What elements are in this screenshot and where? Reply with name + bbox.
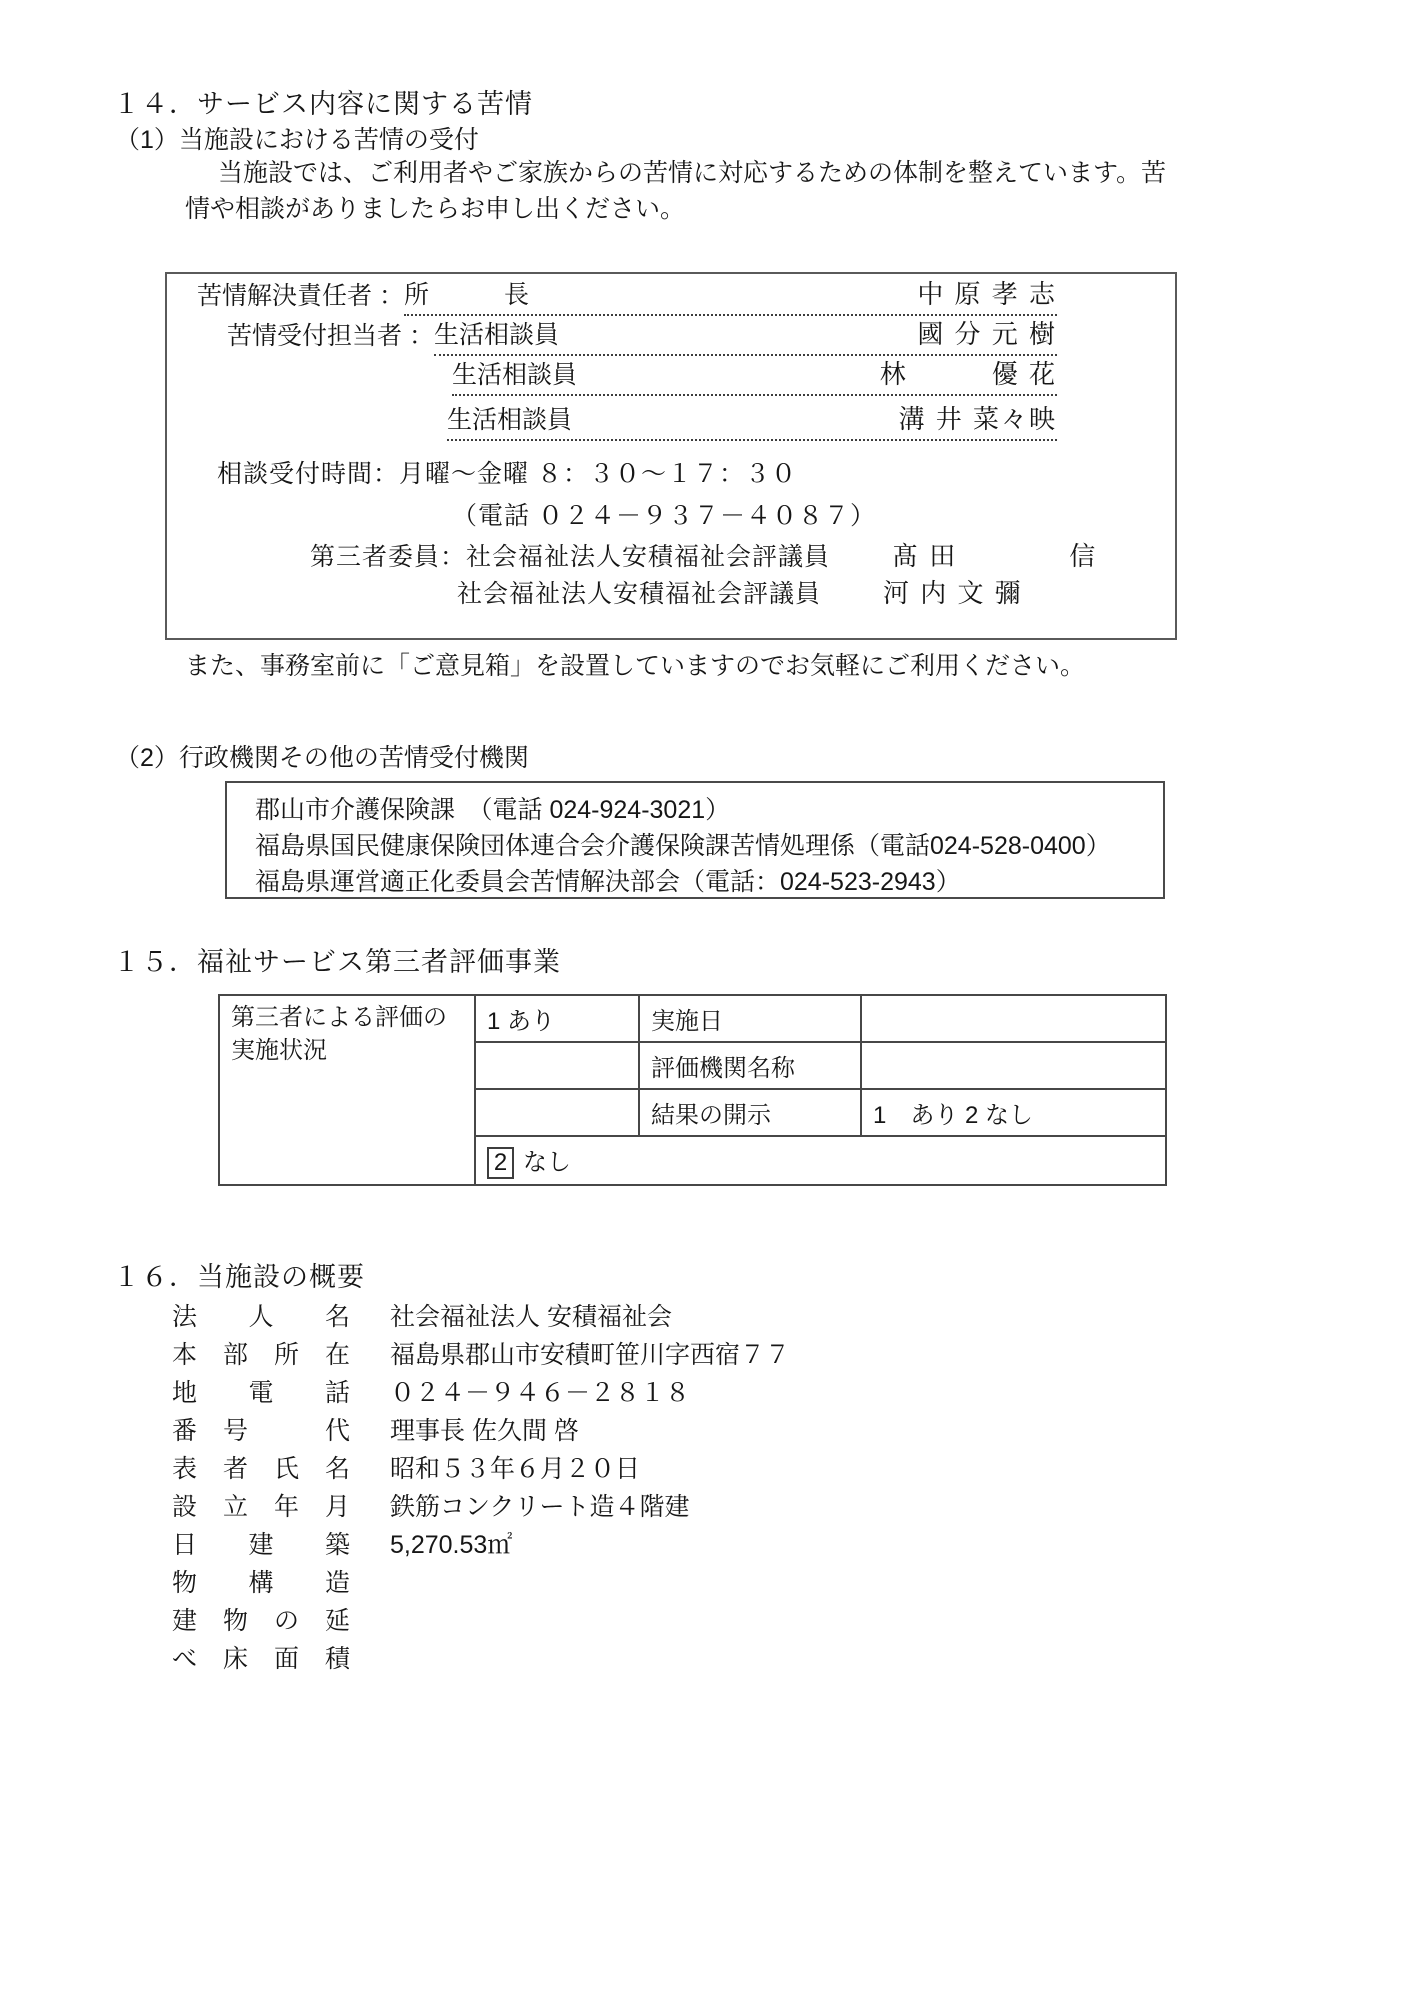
committee1-name: 髙 田 信 bbox=[892, 536, 1097, 573]
facility-label-line: 表 者 氏 名 bbox=[172, 1449, 351, 1485]
evaluation-option1-cell: 1 あり bbox=[475, 995, 639, 1042]
committee1-label: 第三者委員：社会福祉法人安積福祉会評議員 bbox=[310, 537, 830, 573]
facility-value-structure: 鉄筋コンクリート造４階建 bbox=[390, 1487, 690, 1523]
evaluation-date-value-cell bbox=[861, 995, 1166, 1042]
empty-cell bbox=[475, 1042, 639, 1089]
evaluation-org-value-cell bbox=[861, 1042, 1166, 1089]
facility-value-floor-area: 5,270.53㎡ bbox=[390, 1525, 512, 1561]
counselor2-name: 林 優 花 bbox=[880, 354, 1057, 391]
counselor3-role: 生活相談員 bbox=[447, 400, 572, 436]
section14-sub1-heading: （1）当施設における苦情の受付 bbox=[115, 120, 479, 156]
consultation-hours: 相談受付時間：月曜～金曜 ８：３０～１７：３０ bbox=[217, 454, 797, 490]
facility-label-line: 番 号 代 bbox=[172, 1411, 351, 1447]
facility-value-founded: 昭和５３年６月２０日 bbox=[390, 1449, 640, 1485]
counselor3-name: 溝 井 菜々映 bbox=[899, 399, 1057, 436]
evaluation-table: 第三者による評価の 実施状況 1 あり 実施日 評価機関名称 結果の開示 1 あ… bbox=[218, 994, 1167, 1186]
evaluation-status-label-cell: 第三者による評価の 実施状況 bbox=[219, 995, 475, 1185]
counselor3-row: 生活相談員 溝 井 菜々映 bbox=[447, 404, 1057, 441]
facility-label-line: 建 物 の 延 bbox=[172, 1601, 351, 1637]
evaluation-option2-cell: 2なし bbox=[475, 1136, 1166, 1185]
complaint-resolver-role: 所 長 bbox=[404, 275, 529, 311]
disclosure-label-cell: 結果の開示 bbox=[639, 1089, 861, 1136]
intro-paragraph-line1: 当施設では、ご利用者やご家族からの苦情に対応するための体制を整えています。苦 bbox=[218, 153, 1166, 189]
counselor2-role: 生活相談員 bbox=[452, 355, 577, 391]
section16-heading: １６．当施設の概要 bbox=[113, 1255, 365, 1294]
committee2-name: 河 内 文 彌 bbox=[883, 573, 1023, 610]
facility-label-line: 日 建 築 bbox=[172, 1525, 351, 1561]
counselor2-row: 生活相談員 林 優 花 bbox=[452, 362, 1057, 396]
facility-label-line: べ 床 面 積 bbox=[172, 1639, 351, 1675]
option2-label: なし bbox=[523, 1149, 571, 1176]
complaint-contact-box: 苦情解決責任者 ： 所 長 中 原 孝 志 苦情受付担当者 ： 生活相談員 國 … bbox=[165, 272, 1177, 640]
agency-line: 福島県運営適正化委員会苦情解決部会（電話：024-523-2943） bbox=[255, 864, 1163, 900]
agency-line: 郡山市介護保険課 （電話 024-924-3021） bbox=[255, 792, 1163, 828]
complaint-resolver-label: 苦情解決責任者 ： bbox=[197, 276, 404, 316]
section14-heading: １４．サービス内容に関する苦情 bbox=[113, 82, 533, 121]
evaluation-status-label-line2: 実施状況 bbox=[231, 1034, 463, 1067]
complaint-receiver-name: 國 分 元 樹 bbox=[917, 314, 1057, 351]
consultation-phone: （電話 ０２４－９３７－４０８７） bbox=[452, 496, 876, 532]
complaint-receiver-role: 生活相談員 bbox=[434, 315, 559, 351]
facility-value-corporation: 社会福祉法人 安積福祉会 bbox=[390, 1297, 672, 1333]
evaluation-date-label-cell: 実施日 bbox=[639, 995, 861, 1042]
complaint-receiver-field: 生活相談員 國 分 元 樹 bbox=[434, 314, 1057, 356]
section15-heading: １５．福祉サービス第三者評価事業 bbox=[113, 940, 561, 979]
disclosure-value-cell: 1 あり 2 なし bbox=[861, 1089, 1166, 1136]
complaint-receiver-label: 苦情受付担当者 ： bbox=[227, 316, 434, 356]
empty-cell bbox=[475, 1089, 639, 1136]
facility-label-line: 本 部 所 在 bbox=[172, 1335, 351, 1371]
counselor2-field: 生活相談員 林 優 花 bbox=[452, 354, 1057, 396]
facility-label-line: 地 電 話 bbox=[172, 1373, 351, 1409]
agency-box: 郡山市介護保険課 （電話 024-924-3021） 福島県国民健康保険団体連合… bbox=[225, 781, 1165, 899]
option2-number-box: 2 bbox=[487, 1147, 514, 1179]
facility-label-line: 物 構 造 bbox=[172, 1563, 351, 1599]
complaint-resolver-name: 中 原 孝 志 bbox=[917, 274, 1057, 311]
complaint-resolver-field: 所 長 中 原 孝 志 bbox=[404, 274, 1057, 316]
committee1-row: 第三者委員：社会福祉法人安積福祉会評議員 髙 田 信 bbox=[310, 536, 1097, 573]
evaluation-org-label-cell: 評価機関名称 bbox=[639, 1042, 861, 1089]
facility-value-phone: ０２４－９４６－２８１８ bbox=[390, 1373, 690, 1409]
intro-paragraph-line2: 情や相談がありましたらお申し出ください。 bbox=[185, 189, 685, 225]
facility-label-line: 設 立 年 月 bbox=[172, 1487, 351, 1523]
facility-label-line: 法 人 名 bbox=[172, 1297, 351, 1333]
evaluation-status-label-line1: 第三者による評価の bbox=[231, 1001, 463, 1034]
document-page: １４．サービス内容に関する苦情 （1）当施設における苦情の受付 当施設では、ご利… bbox=[0, 0, 1414, 2000]
counselor3-field: 生活相談員 溝 井 菜々映 bbox=[447, 399, 1057, 441]
complaint-resolver-row: 苦情解決責任者 ： 所 長 中 原 孝 志 bbox=[197, 278, 1057, 316]
committee2-label: 社会福祉法人安積福祉会評議員 bbox=[457, 574, 821, 610]
facility-value-representative: 理事長 佐久間 啓 bbox=[390, 1411, 579, 1447]
section14-sub2-heading: （2）行政機関その他の苦情受付機関 bbox=[115, 738, 529, 774]
agency-line: 福島県国民健康保険団体連合会介護保険課苦情処理係（電話024-528-0400） bbox=[255, 828, 1163, 864]
committee2-row: 社会福祉法人安積福祉会評議員 河 内 文 彌 bbox=[457, 573, 1023, 610]
facility-value-address: 福島県郡山市安積町笹川字西宿７７ bbox=[390, 1335, 790, 1371]
suggestion-box-note: また、事務室前に「ご意見箱」を設置していますのでお気軽にご利用ください。 bbox=[185, 646, 1085, 682]
complaint-receiver-row: 苦情受付担当者 ： 生活相談員 國 分 元 樹 bbox=[227, 320, 1057, 356]
